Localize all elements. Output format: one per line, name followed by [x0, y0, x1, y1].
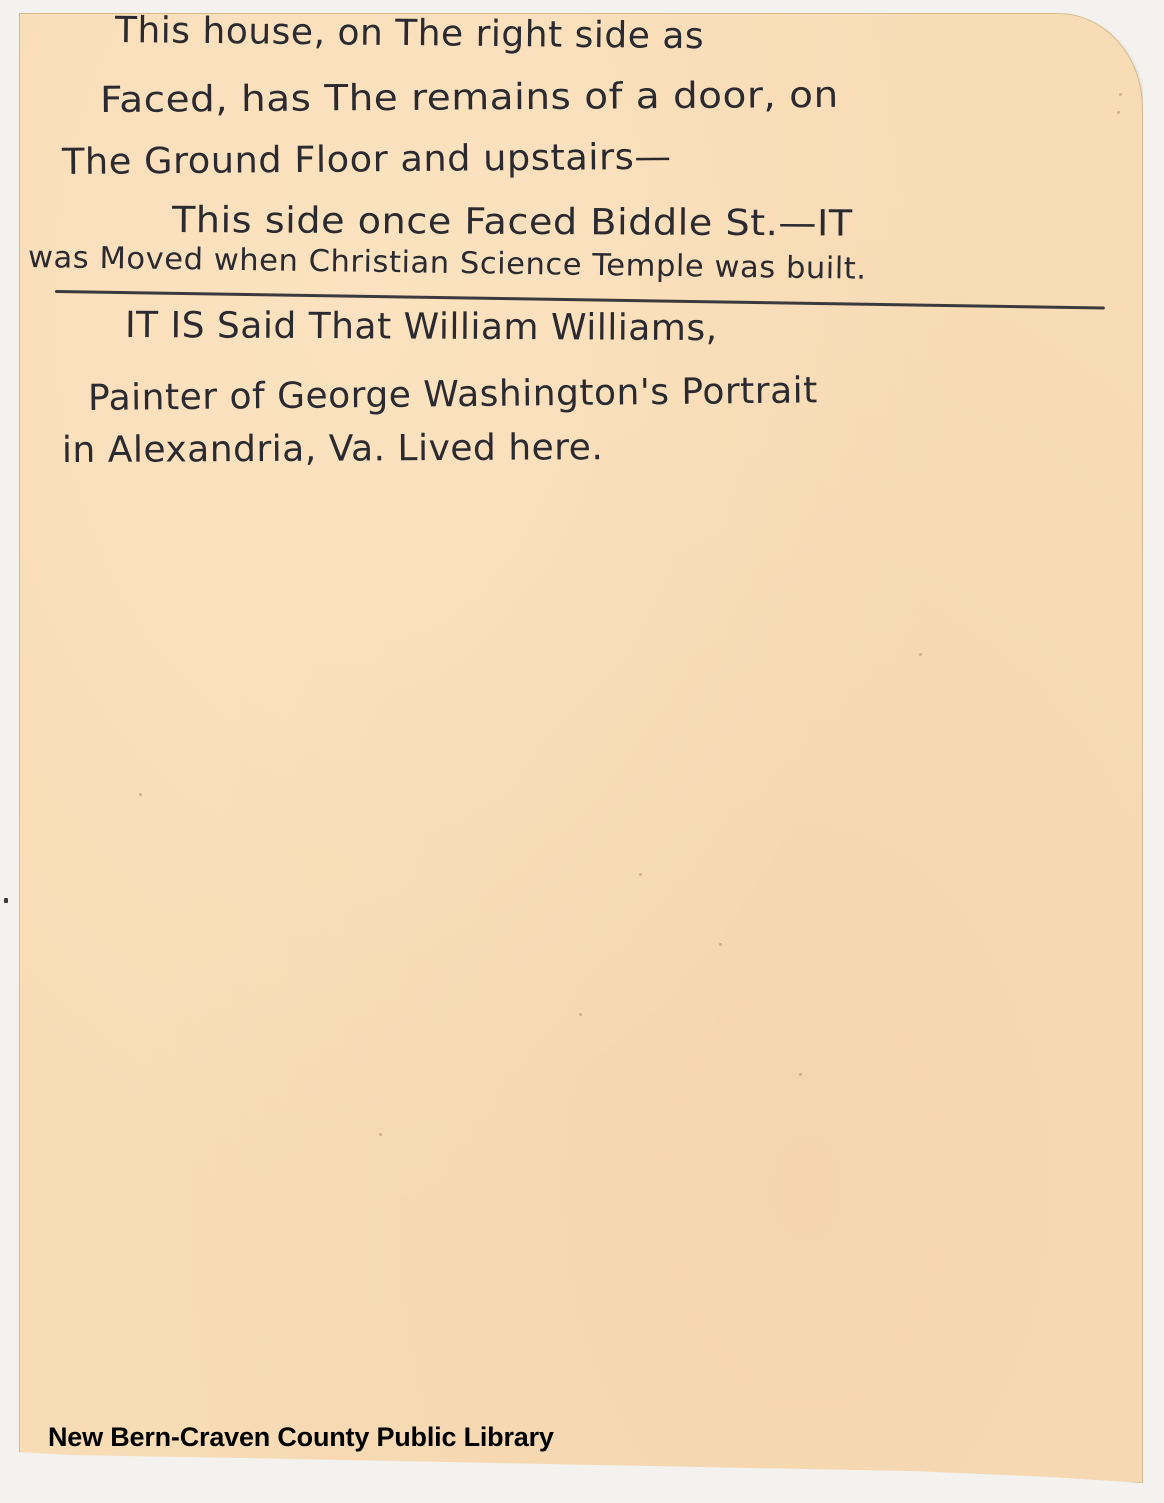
note-line-2: Faced, has The remains of a door, on	[100, 75, 839, 121]
paper-speck	[139, 793, 142, 796]
paper-speck	[379, 1133, 382, 1136]
note-line-4: This side once Faced Biddle St.—IT	[172, 200, 853, 245]
library-watermark: New Bern-Craven County Public Library	[48, 1422, 554, 1453]
note-line-7: Painter of George Washington's Portrait	[88, 370, 818, 419]
paper-speck	[919, 653, 922, 656]
paper-speck	[799, 1073, 802, 1076]
paper-speck	[719, 943, 722, 946]
stray-mark	[4, 898, 8, 903]
note-line-5: was Moved when Christian Science Temple …	[28, 240, 867, 287]
paper-speck	[579, 1013, 582, 1016]
note-line-6: IT IS Said That William Williams,	[125, 305, 718, 349]
note-line-8: in Alexandria, Va. Lived here.	[62, 427, 604, 471]
handwritten-note: This house, on The right side as Faced, …	[0, 0, 1164, 520]
note-line-3: The Ground Floor and upstairs—	[62, 137, 672, 183]
paper-speck	[639, 873, 642, 876]
note-line-1: This house, on The right side as	[115, 10, 705, 57]
